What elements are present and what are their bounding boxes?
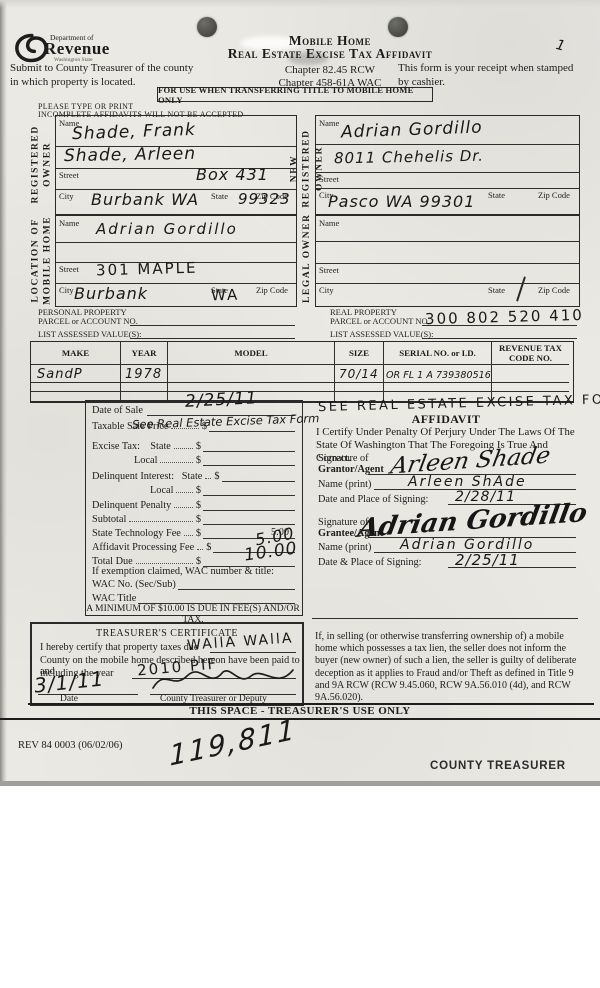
- grantor-name-print: Arleen ShAde: [408, 474, 527, 490]
- new-owner-address: 8011 Chehelis Dr.: [334, 147, 484, 168]
- grantee-date-label: Date & Place of Signing:: [318, 557, 422, 568]
- table-header-size: SIZE: [335, 342, 384, 365]
- dollar-sign: $: [196, 528, 201, 539]
- real-assessed-label: LIST ASSESSED VALUE(S):: [330, 329, 433, 339]
- fee-label: Affidavit Processing Fee: [92, 542, 194, 553]
- certify-line1: I hereby certify that property taxes due: [40, 642, 198, 653]
- treasurer-certificate-box: TREASURER'S CERTIFICATE I hereby certify…: [30, 622, 304, 706]
- section-label-registered-owner: REGISTERED OWNER: [30, 114, 55, 214]
- lien-notice: If, in selling (or otherwise transferrin…: [315, 631, 579, 704]
- vehicle-table: MAKE YEAR MODEL SIZE SERIAL NO. or I.D. …: [30, 341, 574, 403]
- scan-edge-left: [0, 0, 7, 786]
- real-assessed-line: [422, 338, 577, 339]
- registered-owner-box: Name Street City State Zip Code Shade, F…: [55, 115, 297, 215]
- revenue-swirl-icon: [14, 33, 48, 63]
- table-cell-serial: OR FL 1 A 739380516: [384, 365, 492, 383]
- fee-label: Excise Tax: State: [92, 441, 171, 452]
- agency-name: Revenue: [44, 39, 110, 59]
- date-of-sale-value: 2/25/11: [185, 388, 258, 412]
- grantee-date-value: 2/25/11: [455, 551, 520, 569]
- fee-label: State Technology Fee: [92, 528, 181, 539]
- dollar-sign: $: [196, 485, 201, 496]
- dollar-sign: $: [214, 471, 219, 482]
- name-label: Name: [319, 218, 339, 228]
- state-label: State: [211, 191, 228, 201]
- personal-assessed-line: [130, 338, 295, 339]
- location-box: Name Street City State Zip Code Adrian G…: [55, 215, 297, 307]
- date-line: [38, 694, 138, 695]
- street-label: Street: [59, 170, 79, 180]
- grantor-name-print-label: Name (print): [318, 479, 371, 490]
- real-account-label: PARCEL or ACCOUNT NO.: [330, 316, 430, 326]
- fee-label: Subtotal: [92, 514, 126, 525]
- bar-bottom-rule: [0, 718, 600, 720]
- location-name: Adrian Gordillo: [96, 220, 238, 238]
- dollar-sign: $: [196, 455, 201, 466]
- dollar-sign: $: [196, 514, 201, 525]
- new-owner-city: Pasco WA 99301: [328, 192, 475, 211]
- table-header-model: MODEL: [168, 342, 335, 365]
- new-owner-name: Adrian Gordillo: [341, 118, 483, 143]
- registered-owner-name1: Shade, Frank: [72, 120, 196, 144]
- dollar-sign: $: [196, 500, 201, 511]
- table-cell-make: SandP: [31, 365, 121, 383]
- zip-label: Zip Code: [538, 285, 570, 295]
- affidavit-bottom-rule: [312, 618, 578, 619]
- dollar-sign: $: [196, 441, 201, 452]
- state-label: State: [488, 285, 505, 295]
- fee-row-delinq-state: Delinquent Interest: State$: [92, 468, 295, 482]
- personal-account-label: PARCEL or ACCOUNT NO.: [38, 316, 138, 326]
- location-city: Burbank: [74, 284, 148, 303]
- fee-row-subtotal: Subtotal$: [92, 511, 295, 525]
- new-registered-owner-box: Name Street City State Zip Code Adrian G…: [315, 115, 580, 215]
- wac-no-row: WAC No. (Sec/Sub): [92, 579, 295, 590]
- fee-label: Local: [92, 455, 157, 466]
- location-street: 301 MAPLE: [96, 259, 198, 280]
- table-cell-model: [168, 365, 335, 383]
- registered-owner-city: Burbank WA: [91, 190, 199, 209]
- grantor-date-value: 2/28/11: [455, 489, 516, 505]
- use-only-text: FOR USE WHEN TRANSFERRING TITLE TO MOBIL…: [158, 85, 432, 105]
- dollar-sign: $: [206, 542, 211, 553]
- date-of-sale-label: Date of Sale: [92, 405, 143, 416]
- registered-owner-name2: Shade, Arleen: [64, 144, 196, 166]
- fee-label: Delinquent Penalty: [92, 500, 171, 511]
- treasurer-signature: [147, 664, 297, 694]
- exemption-note: If exemption claimed, WAC number & title…: [92, 566, 274, 577]
- city-label: City: [59, 191, 74, 201]
- stray-pen-mark: 1: [554, 37, 567, 55]
- table-header-make: MAKE: [31, 342, 121, 365]
- fee-row-excise-local: Local$: [92, 452, 295, 466]
- state-label: State: [488, 190, 505, 200]
- name-label: Name: [319, 118, 339, 128]
- scan-edge-top: [0, 0, 600, 8]
- legal-owner-box: Name Street City State Zip Code: [315, 215, 580, 307]
- table-header-year: YEAR: [121, 342, 168, 365]
- table-cell-empty: [492, 383, 569, 392]
- scanned-form: 1 Department of Revenue Washington State…: [0, 0, 600, 786]
- name-label: Name: [59, 218, 79, 228]
- affidavit-title: AFFIDAVIT: [315, 412, 577, 427]
- form-rev-number: REV 84 0003 (06/02/06): [18, 740, 123, 751]
- grantor-signature-of-label: Signature of: [318, 453, 369, 464]
- grantee-name-print-label: Name (print): [318, 542, 371, 553]
- scan-edge-bottom: [0, 781, 600, 786]
- section-label-location: LOCATION OF MOBILE HOME: [30, 210, 55, 310]
- form-title-line2: Real Estate Excise Tax Affidavit: [150, 46, 510, 62]
- section-label-legal-owner: LEGAL OWNER: [301, 204, 313, 312]
- table-cell-year: 1978: [121, 365, 168, 383]
- registered-owner-street: Box 431: [196, 165, 269, 184]
- use-only-box: FOR USE WHEN TRANSFERRING TITLE TO MOBIL…: [157, 87, 433, 102]
- receipt-number-handwritten: 119,811: [169, 712, 297, 772]
- city-label: City: [319, 285, 334, 295]
- table-header-serial: SERIAL NO. or I.D.: [384, 342, 492, 365]
- wac-no-label: WAC No. (Sec/Sub): [92, 579, 176, 590]
- fee-label: Local: [92, 485, 173, 496]
- personal-assessed-label: LIST ASSESSED VALUE(S):: [38, 329, 141, 339]
- fee-row-delinq-penalty: Delinquent Penalty$: [92, 497, 295, 511]
- street-label: Street: [59, 264, 79, 274]
- fee-label: Delinquent Interest: State: [92, 471, 202, 482]
- zip-label: Zip Code: [538, 190, 570, 200]
- personal-account-line: [130, 325, 295, 326]
- zip-label: Zip Code: [256, 285, 288, 295]
- registered-owner-zip: 99323: [238, 190, 291, 208]
- fee-row-excise-state: Excise Tax: State$: [92, 438, 295, 452]
- table-cell-empty: [31, 383, 121, 392]
- grantor-date-label: Date and Place of Signing:: [318, 494, 428, 505]
- location-state: WA: [211, 286, 240, 305]
- table-cell-empty: [384, 383, 492, 392]
- table-header-code: REVENUE TAX CODE NO.: [492, 342, 569, 365]
- fee-row-delinq-local: Local$: [92, 482, 295, 496]
- table-cell-empty: [335, 383, 384, 392]
- city-label: City: [59, 285, 74, 295]
- treasurer-bar-text: THIS SPACE - TREASURER'S USE ONLY: [0, 705, 600, 717]
- county-treasurer-stamp: COUNTY TREASURER: [430, 760, 566, 772]
- table-cell-code: [492, 365, 569, 383]
- table-cell-size: 70/14: [335, 365, 384, 383]
- county-line: [210, 652, 296, 653]
- street-label: Street: [319, 265, 339, 275]
- street-label: Street: [319, 174, 339, 184]
- table-cell-empty: [121, 383, 168, 392]
